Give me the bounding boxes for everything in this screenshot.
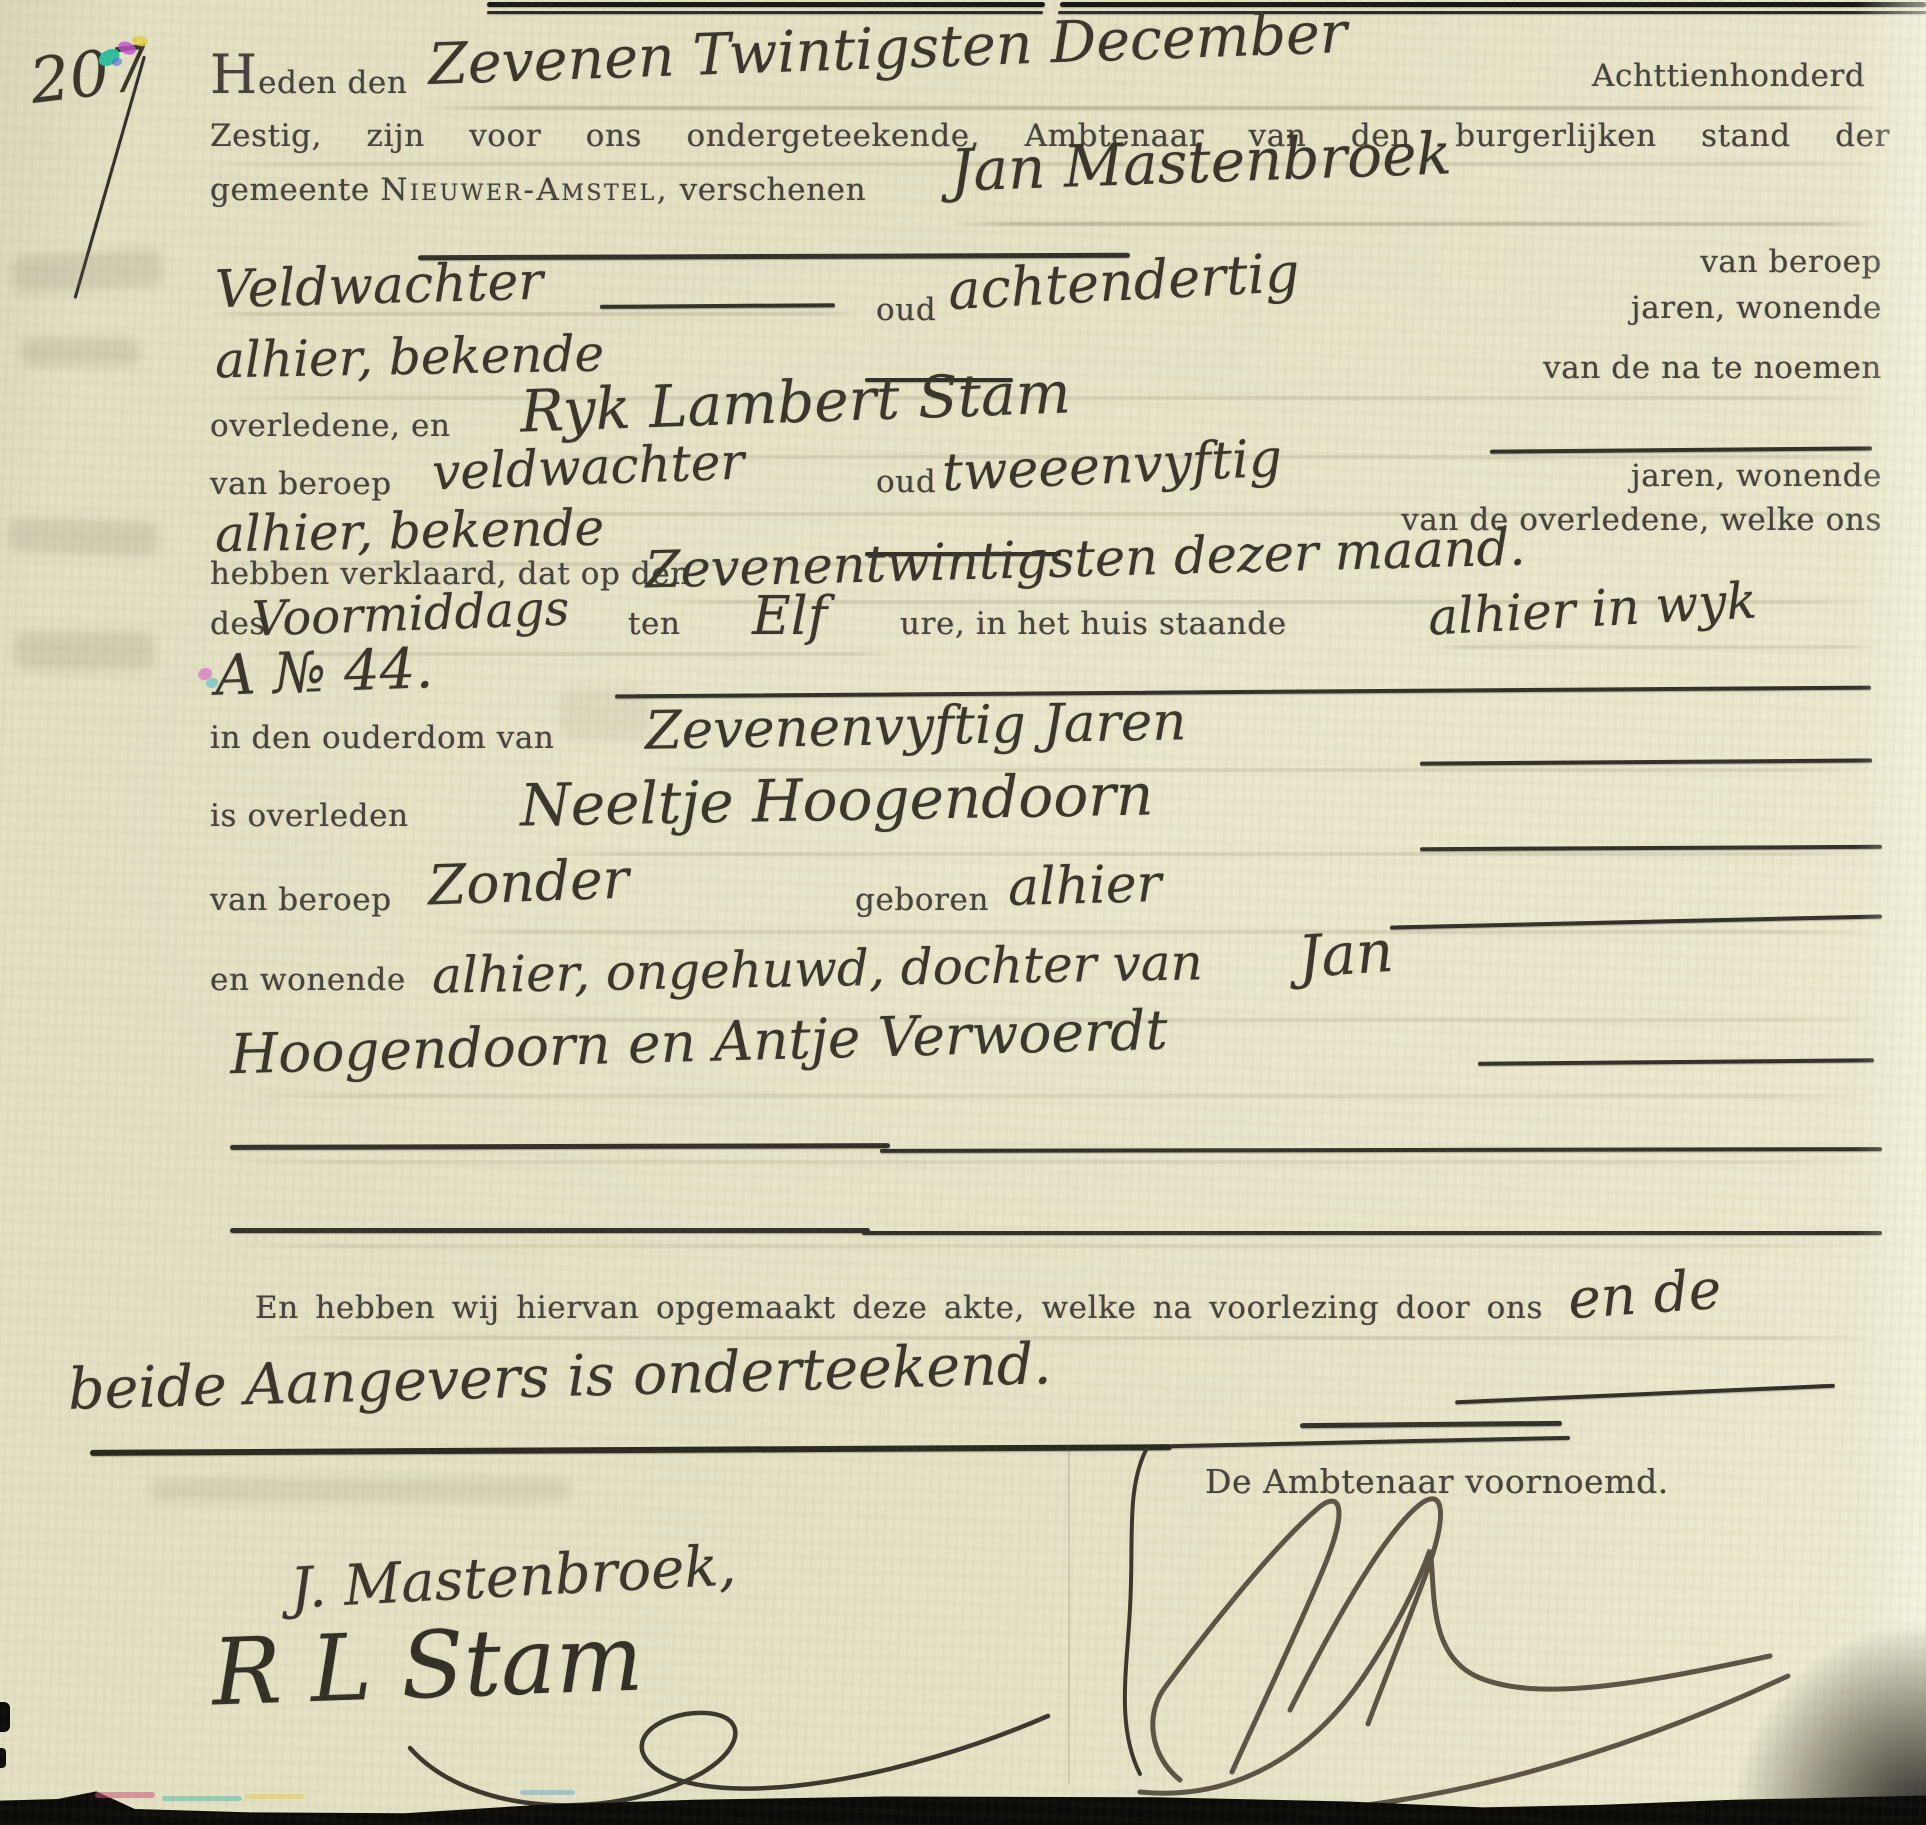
label-gemeente-name: Nieuwer-Amstel,: [380, 172, 669, 208]
guide-line: [1430, 645, 1880, 649]
label-achttienhonderd: Achttienhonderd: [1592, 58, 1882, 94]
bleed-through-smudge: [20, 338, 140, 366]
hw-closing-addition-2: beide Aangevers is onderteekend.: [67, 1331, 1052, 1423]
ink-filler-dash: [1420, 845, 1882, 851]
hw-deceased-name: Neeltje Hoogendoorn: [519, 760, 1153, 839]
bleed-through-smudge: [150, 1478, 570, 1502]
ink-filler-dash: [1390, 914, 1882, 929]
hw-age-at-death: Zevenenvyftig Jaren: [645, 691, 1187, 761]
hw-father-firstname: Jan: [1296, 917, 1396, 991]
guide-line: [230, 1094, 1882, 1098]
label-verschenen: verschenen: [680, 172, 867, 208]
ink-rule: [1455, 1384, 1835, 1405]
ink-rule-blank-line: [230, 1228, 870, 1233]
hw-declarant2-age: tweeenvyftig: [941, 429, 1283, 504]
scan-color-fringe: [520, 1790, 575, 1795]
hw-place: alhier in wyk: [1427, 571, 1758, 646]
label-zestig: Zestig,: [210, 118, 322, 154]
bleed-through-smudge: [7, 517, 158, 556]
top-border-rule: [487, 2, 1045, 7]
scan-edge-speck: [0, 1748, 6, 1768]
page-corner-shadow: [1730, 1620, 1926, 1825]
hw-deceased-occupation: Zonder: [427, 847, 630, 918]
guide-line: [420, 106, 1882, 110]
label-van-beroep-3: van beroep: [210, 882, 392, 918]
guide-line: [950, 222, 1882, 226]
ink-rule-blank-line: [230, 1143, 890, 1150]
death-certificate-scan: 207 Heden den Zevenen Twintigsten Decemb…: [0, 0, 1926, 1825]
hw-declarant2-residence: alhier, bekende: [215, 499, 605, 564]
hw-hour: Elf: [752, 586, 827, 647]
hw-house-number: A № 44.: [214, 636, 434, 709]
hw-closing-addition-1: en de: [1566, 1257, 1723, 1332]
label-na-te-noemen: van de na te noemen: [1440, 350, 1882, 386]
scan-color-fringe: [162, 1796, 242, 1801]
label-en-wonende: en wonende: [210, 962, 406, 998]
label-is-overleden: is overleden: [210, 798, 409, 834]
bleed-through-smudge: [14, 632, 154, 670]
label-geboren: geboren: [855, 882, 989, 918]
ink-filler-dash: [600, 303, 835, 309]
label-van-beroep-2: van beroep: [210, 466, 392, 502]
hw-birthplace: alhier: [1007, 854, 1162, 918]
label-oud-1: oud: [876, 292, 936, 328]
label-ure-huis: ure, in het huis staande: [900, 606, 1287, 642]
closing-line: En hebben wij hiervan opgemaakt deze akt…: [255, 1290, 1543, 1326]
guide-line: [230, 1160, 1882, 1164]
ink-rule-blank-line: [862, 1231, 1882, 1235]
scan-edge-speck: [0, 1702, 10, 1732]
label-ouderdom: in den ouderdom van: [210, 720, 555, 756]
guide-line: [255, 1336, 1882, 1340]
ink-filler-dash: [1300, 1421, 1562, 1428]
official-signature-flourish: [1120, 1480, 1820, 1820]
ink-rule-blank-line: [880, 1147, 1882, 1153]
label-heden-den: Heden den: [210, 60, 407, 101]
guide-line: [520, 852, 1882, 856]
label-overledene-en: overledene, en: [210, 408, 451, 444]
ink-rule: [90, 1444, 1172, 1456]
line-gemeente: gemeente Nieuwer-Amstel, verschenen: [210, 172, 866, 208]
page-curve-highlight: [1856, 0, 1926, 1825]
paper-crease: [1068, 1445, 1070, 1785]
guide-line: [230, 1244, 1882, 1248]
ink-filler-dash: [615, 686, 1871, 699]
label-oud-2: oud: [876, 464, 936, 500]
scan-color-fringe: [95, 1792, 155, 1798]
hw-parents-names: Hoogendoorn en Antje Verwoerdt: [229, 998, 1168, 1087]
label-jaren-wonende-2: jaren, wonende: [1540, 458, 1882, 494]
hw-declarant2-occupation: veldwachter: [431, 433, 745, 502]
ink-filler-dash: [1490, 446, 1872, 453]
guide-line: [210, 312, 860, 316]
label-jaren-wonende-1: jaren, wonende: [1540, 290, 1882, 326]
scan-color-fringe: [245, 1794, 305, 1799]
hw-death-registration-date: Zevenen Twintigsten December: [427, 0, 1348, 98]
label-van-beroep-1: van beroep: [1690, 244, 1882, 280]
bleed-through-smudge: [11, 248, 163, 294]
hw-declarant1-occupation: Veldwachter: [214, 252, 544, 321]
ink-filler-dash: [1420, 758, 1872, 765]
label-ten: ten: [628, 606, 681, 642]
label-gemeente: gemeente: [210, 172, 370, 208]
hw-deceased-residence: alhier, ongehuwd, dochter van: [432, 933, 1204, 1004]
ink-filler-dash: [1478, 1058, 1874, 1065]
ink-rule: [1170, 1436, 1570, 1448]
